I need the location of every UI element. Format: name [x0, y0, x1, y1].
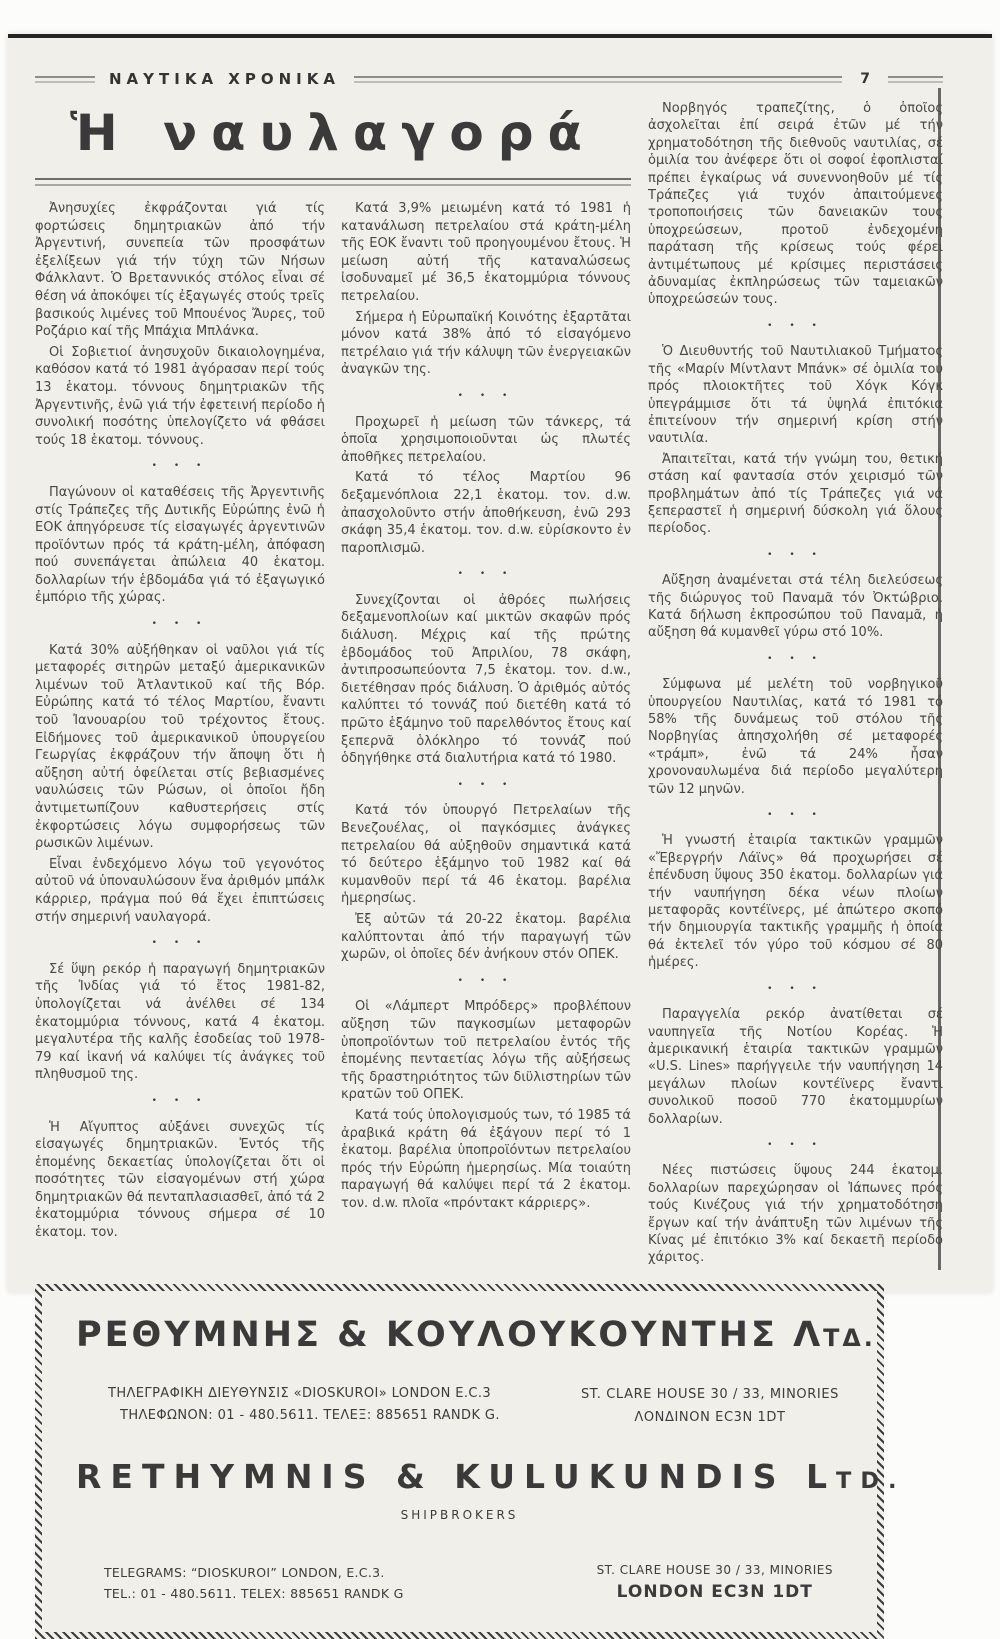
section-separator: • • • — [341, 566, 631, 584]
article-body: Ἡ ναυλαγορά Ἀνησυχίες ἐκφράζονται γιά τί… — [35, 98, 943, 1270]
article-paragraph: Κατά τόν ὑπουργό Πετρελαίων τῆς Βενεζουέ… — [341, 802, 631, 908]
article-paragraph: Οἱ Σοβιετιοί ἀνησυχοῦν δικαιολογημένα, κ… — [35, 344, 325, 450]
ad-greek-suffix-initial: Λ — [793, 1315, 823, 1355]
article-paragraph: Ἡ γνωστή ἑταιρία τακτικῶν γραμμῶν «Ἔβεργ… — [648, 832, 943, 971]
ad-city-english: LONDON EC3N 1DT — [597, 1580, 833, 1604]
article-title: Ἡ ναυλαγορά — [35, 104, 631, 162]
scanned-magazine-page: ΝΑΥΤΙΚΑ ΧΡΟΝΙΚΑ 7 Ἡ ναυλαγορά Ἀνησυχίες … — [8, 34, 992, 1292]
section-separator: • • • — [648, 807, 943, 824]
ad-city-greek: ΛΟΝΔΙΝΟΝ EC3N 1DT — [581, 1406, 839, 1429]
masthead: ΝΑΥΤΙΚΑ ΧΡΟΝΙΚΑ 7 — [35, 70, 943, 88]
ad-street-address: ST. CLARE HOUSE 30 / 33, MINORIES — [581, 1383, 839, 1406]
page-number: 7 — [856, 71, 874, 87]
ad-telegrams-block: TELEGRAMS: “DIOSKUROI” LONDON, E.C.3. TE… — [76, 1562, 404, 1604]
article-paragraph: Ἀνησυχίες ἐκφράζονται γιά τίς φορτώσεις … — [35, 200, 325, 341]
ad-company-name-english: RETHYMNIS & KULUKUNDIS LTD. — [76, 1457, 843, 1496]
article-paragraph: Παραγγελία ρεκόρ ἀνατίθεται σέ ναυπηγεῖα… — [648, 1006, 943, 1128]
ad-telegraph-address: ΤΗΛΕΓΡΑΦΙΚΗ ΔΙΕΥΘΥΝΣΙΣ «DIOSKUROI» LONDO… — [108, 1383, 500, 1405]
section-separator: • • • — [341, 388, 631, 406]
section-separator: • • • — [35, 458, 325, 476]
scan-gutter-line — [938, 88, 941, 1270]
article-column-3: Νορβηγός τραπεζίτης, ὁ ὁποῖος ἀσχολεῖται… — [648, 98, 943, 1270]
section-separator: • • • — [35, 935, 325, 953]
article-paragraph: Σύμφωνα μέ μελέτη τοῦ νορβηγικοῦ ὑπουργε… — [648, 676, 943, 798]
article-paragraph: Κατά τούς ὑπολογισμούς των, τό 1985 τά ἀ… — [341, 1107, 631, 1213]
section-separator: • • • — [648, 1137, 943, 1154]
article-paragraph: Σήμερα ἡ Εὐρωπαϊκή Κοινότης ἐξαρτᾶται μό… — [341, 309, 631, 379]
ad-english-suffix-initial: L — [806, 1457, 836, 1496]
article-paragraph: Συνεχίζονται οἱ ἀθρόες πωλήσεις δεξαμενο… — [341, 592, 631, 768]
masthead-rule-left — [35, 76, 95, 83]
masthead-rule-right — [888, 76, 943, 83]
article-paragraph: Ἡ Αἴγυπτος αὐξάνει συνεχῶς τίς εἰσαγωγές… — [35, 1119, 325, 1242]
article-paragraph: Κατά 3,9% μειωμένη κατά τό 1981 ἡ κατανά… — [341, 200, 631, 306]
masthead-title: ΝΑΥΤΙΚΑ ΧΡΟΝΙΚΑ — [109, 70, 340, 88]
ad-company-name-greek: ΡΕΘΥΜΝΗΣ & ΚΟΥΛΟΥΚΟΥΝΤΗΣ ΛΤΔ. — [76, 1315, 843, 1355]
section-separator: • • • — [35, 1093, 325, 1111]
article-paragraph: Ἐξ αὐτῶν τά 20-22 ἑκατομ. βαρέλια καλύπτ… — [341, 911, 631, 964]
article-paragraph: Ὁ Διευθυντής τοῦ Ναυτιλιακοῦ Τμήματος τῆ… — [648, 343, 943, 447]
section-separator: • • • — [648, 651, 943, 668]
article-paragraph: Ἀπαιτεῖται, κατά τήν γνώμη του, θετική σ… — [648, 451, 943, 538]
article-paragraph: Προχωρεῖ ἡ μείωση τῶν τάνκερς, τά ὁποῖα … — [341, 414, 631, 467]
article-column-1: Ἀνησυχίες ἐκφράζονται γιά τίς φορτώσεις … — [35, 200, 325, 1245]
ad-street-address-english: ST. CLARE HOUSE 30 / 33, MINORIES — [597, 1560, 833, 1580]
section-separator: • • • — [341, 973, 631, 991]
article-paragraph: Νορβηγός τραπεζίτης, ὁ ὁποῖος ἀσχολεῖται… — [648, 100, 943, 309]
article-paragraph: Εἶναι ἐνδεχόμενο λόγω τοῦ γεγονότος αὐτο… — [35, 856, 325, 926]
ad-address-block-top: ST. CLARE HOUSE 30 / 33, MINORIES ΛΟΝΔΙΝ… — [581, 1383, 843, 1429]
ad-telegrams-line: TELEGRAMS: “DIOSKUROI” LONDON, E.C.3. — [104, 1562, 404, 1583]
article-title-rule — [35, 178, 631, 186]
article-paragraph: Αὔξηση ἀναμένεται στά τέλη διελεύσεως τῆ… — [648, 572, 943, 642]
section-separator: • • • — [35, 616, 325, 634]
section-separator: • • • — [648, 318, 943, 335]
ad-company-name-english-main: RETHYMNIS & KULUKUNDIS — [76, 1457, 806, 1496]
section-separator: • • • — [648, 981, 943, 998]
article-paragraph: Σέ ὕψη ρεκόρ ἡ παραγωγή δημητριακῶν τῆς … — [35, 961, 325, 1084]
article-paragraph: Οἱ «Λάμπερτ Μπρόδερς» προβλέπουν αὔξηση … — [341, 998, 631, 1104]
ad-address-block-bottom: ST. CLARE HOUSE 30 / 33, MINORIES LONDON… — [597, 1560, 843, 1604]
section-separator: • • • — [648, 547, 943, 564]
advertisement-box: ΡΕΘΥΜΝΗΣ & ΚΟΥΛΟΥΚΟΥΝΤΗΣ ΛΤΔ. ΤΗΛΕΓΡΑΦΙΚ… — [35, 1284, 884, 1639]
ad-telephone-telex: ΤΗΛΕΦΩΝΟΝ: 01 - 480.5611. ΤΕΛΕΞ: 885651 … — [120, 1405, 500, 1427]
article-paragraph: Κατά τό τέλος Μαρτίου 96 δεξαμενόπλοια 2… — [341, 469, 631, 557]
article-paragraph: Κατά 30% αὐξήθηκαν οἱ ναῦλοι γιά τίς μετ… — [35, 642, 325, 853]
masthead-rule-center — [354, 76, 842, 83]
article-column-2: Κατά 3,9% μειωμένη κατά τό 1981 ἡ κατανά… — [341, 200, 631, 1245]
ad-company-name-greek-main: ΡΕΘΥΜΝΗΣ & ΚΟΥΛΟΥΚΟΥΝΤΗΣ — [76, 1315, 793, 1355]
ad-subtitle: SHIPBROKERS — [76, 1508, 843, 1522]
ad-tel-telex-line: TEL.: 01 - 480.5611. TELEX: 885651 RANDK… — [104, 1583, 404, 1604]
ad-greek-suffix-rest: ΤΔ. — [823, 1324, 876, 1352]
ad-english-suffix-rest: TD. — [836, 1468, 905, 1494]
section-separator: • • • — [341, 777, 631, 795]
ad-telegraph-block: ΤΗΛΕΓΡΑΦΙΚΗ ΔΙΕΥΘΥΝΣΙΣ «DIOSKUROI» LONDO… — [76, 1383, 500, 1427]
article-paragraph: Νέες πιστώσεις ὕψους 244 ἑκατομ. δολλαρί… — [648, 1162, 943, 1266]
article-paragraph: Παγώνουν οἱ καταθέσεις τῆς Ἀργεντινῆς στ… — [35, 484, 325, 607]
